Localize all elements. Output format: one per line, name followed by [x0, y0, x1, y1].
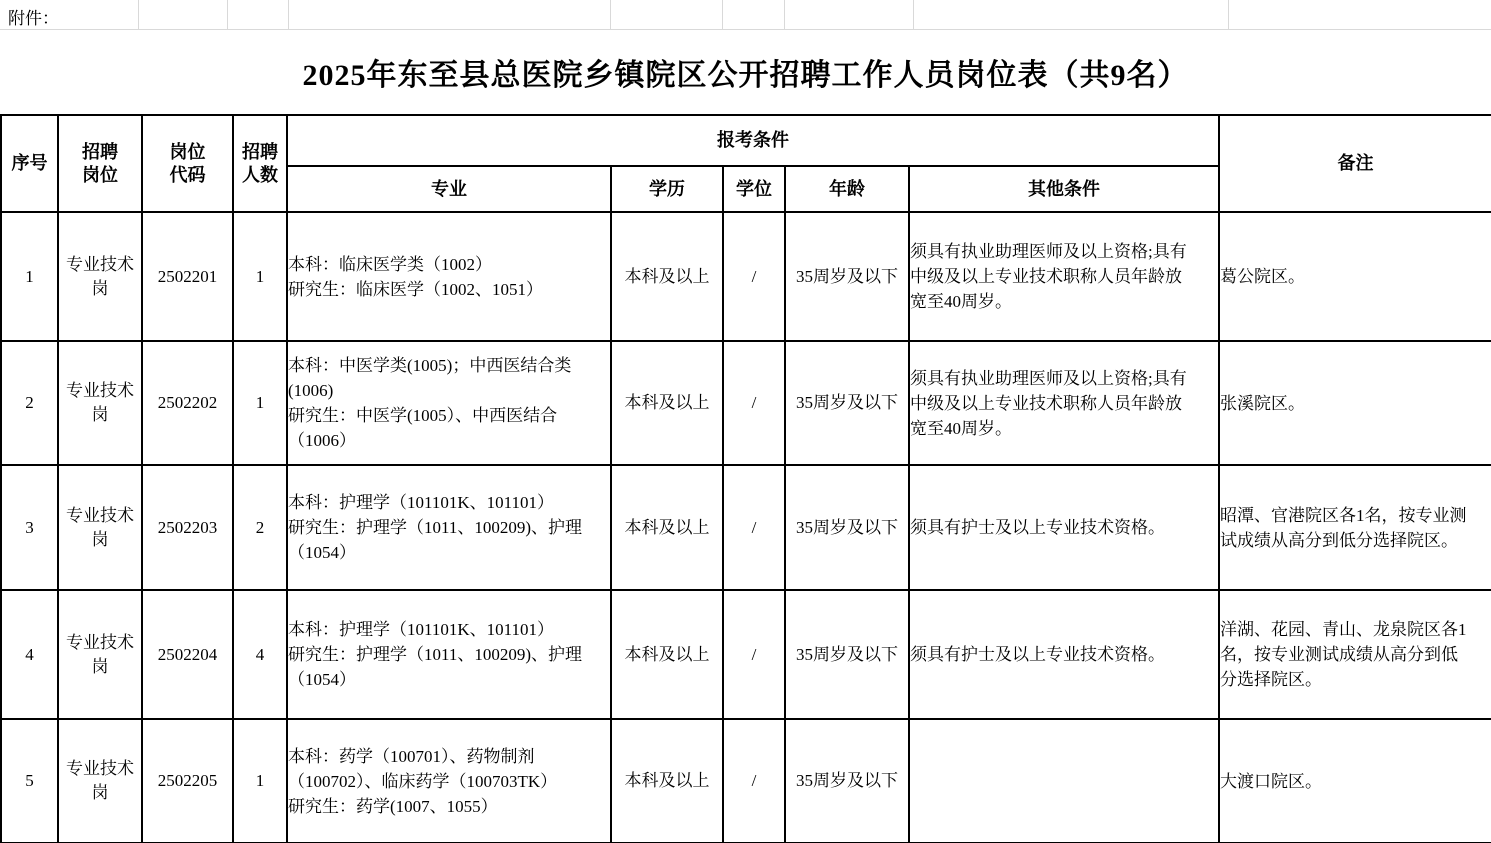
- cell-zhuanye: 本科：护理学（101101K、101101） 研究生：护理学（1011、1002…: [287, 465, 611, 590]
- table-row: 5 专业技术 岗 2502205 1 本科：药学（100701）、药物制剂 （1…: [1, 719, 1491, 843]
- col-header-nianling: 年龄: [785, 166, 909, 212]
- cell-daima: 2502201: [142, 212, 233, 341]
- table-row: 3 专业技术 岗 2502203 2 本科：护理学（101101K、101101…: [1, 465, 1491, 590]
- cell-renshu: 1: [233, 212, 287, 341]
- gridline: [913, 0, 914, 29]
- cell-beizhu: 葛公院区。: [1219, 212, 1491, 341]
- gridline: [138, 0, 139, 29]
- cell-qita: 须具有执业助理医师及以上资格;具有 中级及以上专业技术职称人员年龄放 宽至40周…: [909, 341, 1219, 465]
- cell-qita: 须具有执业助理医师及以上资格;具有 中级及以上专业技术职称人员年龄放 宽至40周…: [909, 212, 1219, 341]
- cell-xuhao: 3: [1, 465, 58, 590]
- cell-xueli: 本科及以上: [611, 212, 723, 341]
- cell-xuewei: /: [723, 212, 785, 341]
- col-header-xueli: 学历: [611, 166, 723, 212]
- cell-beizhu: 昭潭、官港院区各1名，按专业测 试成绩从高分到低分选择院区。: [1219, 465, 1491, 590]
- cell-xuewei: /: [723, 719, 785, 843]
- cell-xuhao: 2: [1, 341, 58, 465]
- cell-zhuanye: 本科：护理学（101101K、101101） 研究生：护理学（1011、1002…: [287, 590, 611, 719]
- cell-xuhao: 4: [1, 590, 58, 719]
- col-header-qita-tiaojian: 其他条件: [909, 166, 1219, 212]
- cell-nianling: 35周岁及以下: [785, 341, 909, 465]
- cell-xuewei: /: [723, 341, 785, 465]
- cell-beizhu: 大渡口院区。: [1219, 719, 1491, 843]
- cell-renshu: 1: [233, 341, 287, 465]
- cell-xueli: 本科及以上: [611, 719, 723, 843]
- cell-qita: 须具有护士及以上专业技术资格。: [909, 590, 1219, 719]
- cell-daima: 2502203: [142, 465, 233, 590]
- col-header-xuewei: 学位: [723, 166, 785, 212]
- cell-renshu: 4: [233, 590, 287, 719]
- cell-qita: [909, 719, 1219, 843]
- cell-xueli: 本科及以上: [611, 590, 723, 719]
- col-header-beizhu: 备注: [1219, 115, 1491, 212]
- cell-nianling: 35周岁及以下: [785, 590, 909, 719]
- table-row: 4 专业技术 岗 2502204 4 本科：护理学（101101K、101101…: [1, 590, 1491, 719]
- gridline: [1228, 0, 1229, 29]
- positions-table: 序号 招聘 岗位 岗位 代码 招聘 人数 报考条件 备注 专业 学历 学位 年龄…: [0, 114, 1491, 843]
- cell-qita: 须具有护士及以上专业技术资格。: [909, 465, 1219, 590]
- cell-daima: 2502202: [142, 341, 233, 465]
- cell-nianling: 35周岁及以下: [785, 212, 909, 341]
- gridline: [227, 0, 228, 29]
- cell-nianling: 35周岁及以下: [785, 465, 909, 590]
- cell-xueli: 本科及以上: [611, 341, 723, 465]
- cell-nianling: 35周岁及以下: [785, 719, 909, 843]
- spreadsheet-top-row: 附件：: [0, 0, 1491, 30]
- cell-daima: 2502205: [142, 719, 233, 843]
- gridline: [288, 0, 289, 29]
- cell-beizhu: 洋湖、花园、青山、龙泉院区各1 名，按专业测试成绩从高分到低 分选择院区。: [1219, 590, 1491, 719]
- gridline: [610, 0, 611, 29]
- cell-xueli: 本科及以上: [611, 465, 723, 590]
- col-header-gangwei-daima: 岗位 代码: [142, 115, 233, 212]
- cell-zhuanye: 本科：临床医学类（1002） 研究生：临床医学（1002、1051）: [287, 212, 611, 341]
- cell-zhuanye: 本科：药学（100701）、药物制剂 （100702）、临床药学（100703T…: [287, 719, 611, 843]
- col-header-baokao-tiaojian: 报考条件: [287, 115, 1219, 166]
- cell-renshu: 2: [233, 465, 287, 590]
- table-row: 1 专业技术 岗 2502201 1 本科：临床医学类（1002） 研究生：临床…: [1, 212, 1491, 341]
- cell-renshu: 1: [233, 719, 287, 843]
- header-row-1: 序号 招聘 岗位 岗位 代码 招聘 人数 报考条件 备注: [1, 115, 1491, 166]
- cell-xuewei: /: [723, 465, 785, 590]
- col-header-xuhao: 序号: [1, 115, 58, 212]
- cell-beizhu: 张溪院区。: [1219, 341, 1491, 465]
- cell-xuewei: /: [723, 590, 785, 719]
- cell-gangwei: 专业技术 岗: [58, 719, 142, 843]
- page-title: 2025年东至县总医院乡镇院区公开招聘工作人员岗位表（共9名）: [0, 30, 1491, 114]
- attachment-label: 附件：: [8, 4, 59, 29]
- cell-xuhao: 1: [1, 212, 58, 341]
- gridline: [784, 0, 785, 29]
- col-header-zhuanye: 专业: [287, 166, 611, 212]
- cell-zhuanye: 本科：中医学类(1005)；中西医结合类 (1006) 研究生：中医学(1005…: [287, 341, 611, 465]
- cell-xuhao: 5: [1, 719, 58, 843]
- col-header-zhaopin-gangwei: 招聘 岗位: [58, 115, 142, 212]
- cell-gangwei: 专业技术 岗: [58, 212, 142, 341]
- col-header-zhaopin-renshu: 招聘 人数: [233, 115, 287, 212]
- cell-gangwei: 专业技术 岗: [58, 465, 142, 590]
- cell-daima: 2502204: [142, 590, 233, 719]
- cell-gangwei: 专业技术 岗: [58, 341, 142, 465]
- table-row: 2 专业技术 岗 2502202 1 本科：中医学类(1005)；中西医结合类 …: [1, 341, 1491, 465]
- cell-gangwei: 专业技术 岗: [58, 590, 142, 719]
- gridline: [722, 0, 723, 29]
